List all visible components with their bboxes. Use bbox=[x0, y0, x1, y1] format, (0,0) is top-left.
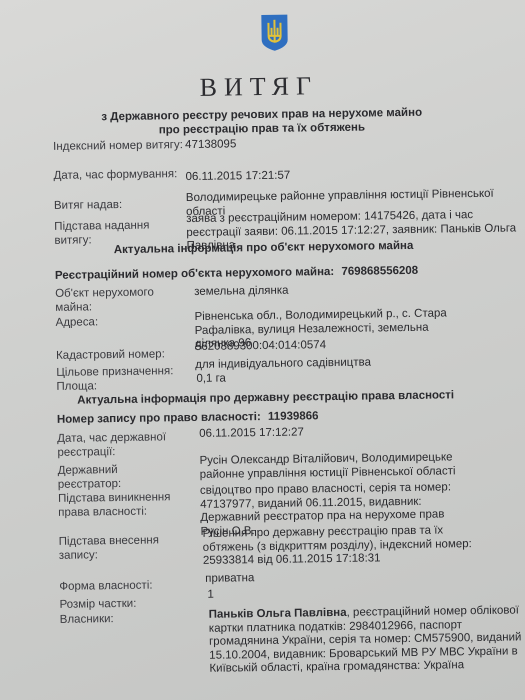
document-subtitle: з Державного реєстру речових прав на нер… bbox=[0, 104, 525, 139]
ownership-record-number: Номер запису про право власності: 119398… bbox=[57, 410, 319, 426]
document-title: ВИТЯГ bbox=[0, 68, 522, 105]
owner-name: Паньків Ольга Павлівна bbox=[209, 607, 347, 621]
ukraine-trident-emblem-icon bbox=[260, 14, 289, 52]
extract-document: ВИТЯГ з Державного реєстру речових прав … bbox=[0, 0, 525, 700]
property-reg-number: Реєстраційний номер об'єкта нерухомого м… bbox=[55, 265, 418, 282]
